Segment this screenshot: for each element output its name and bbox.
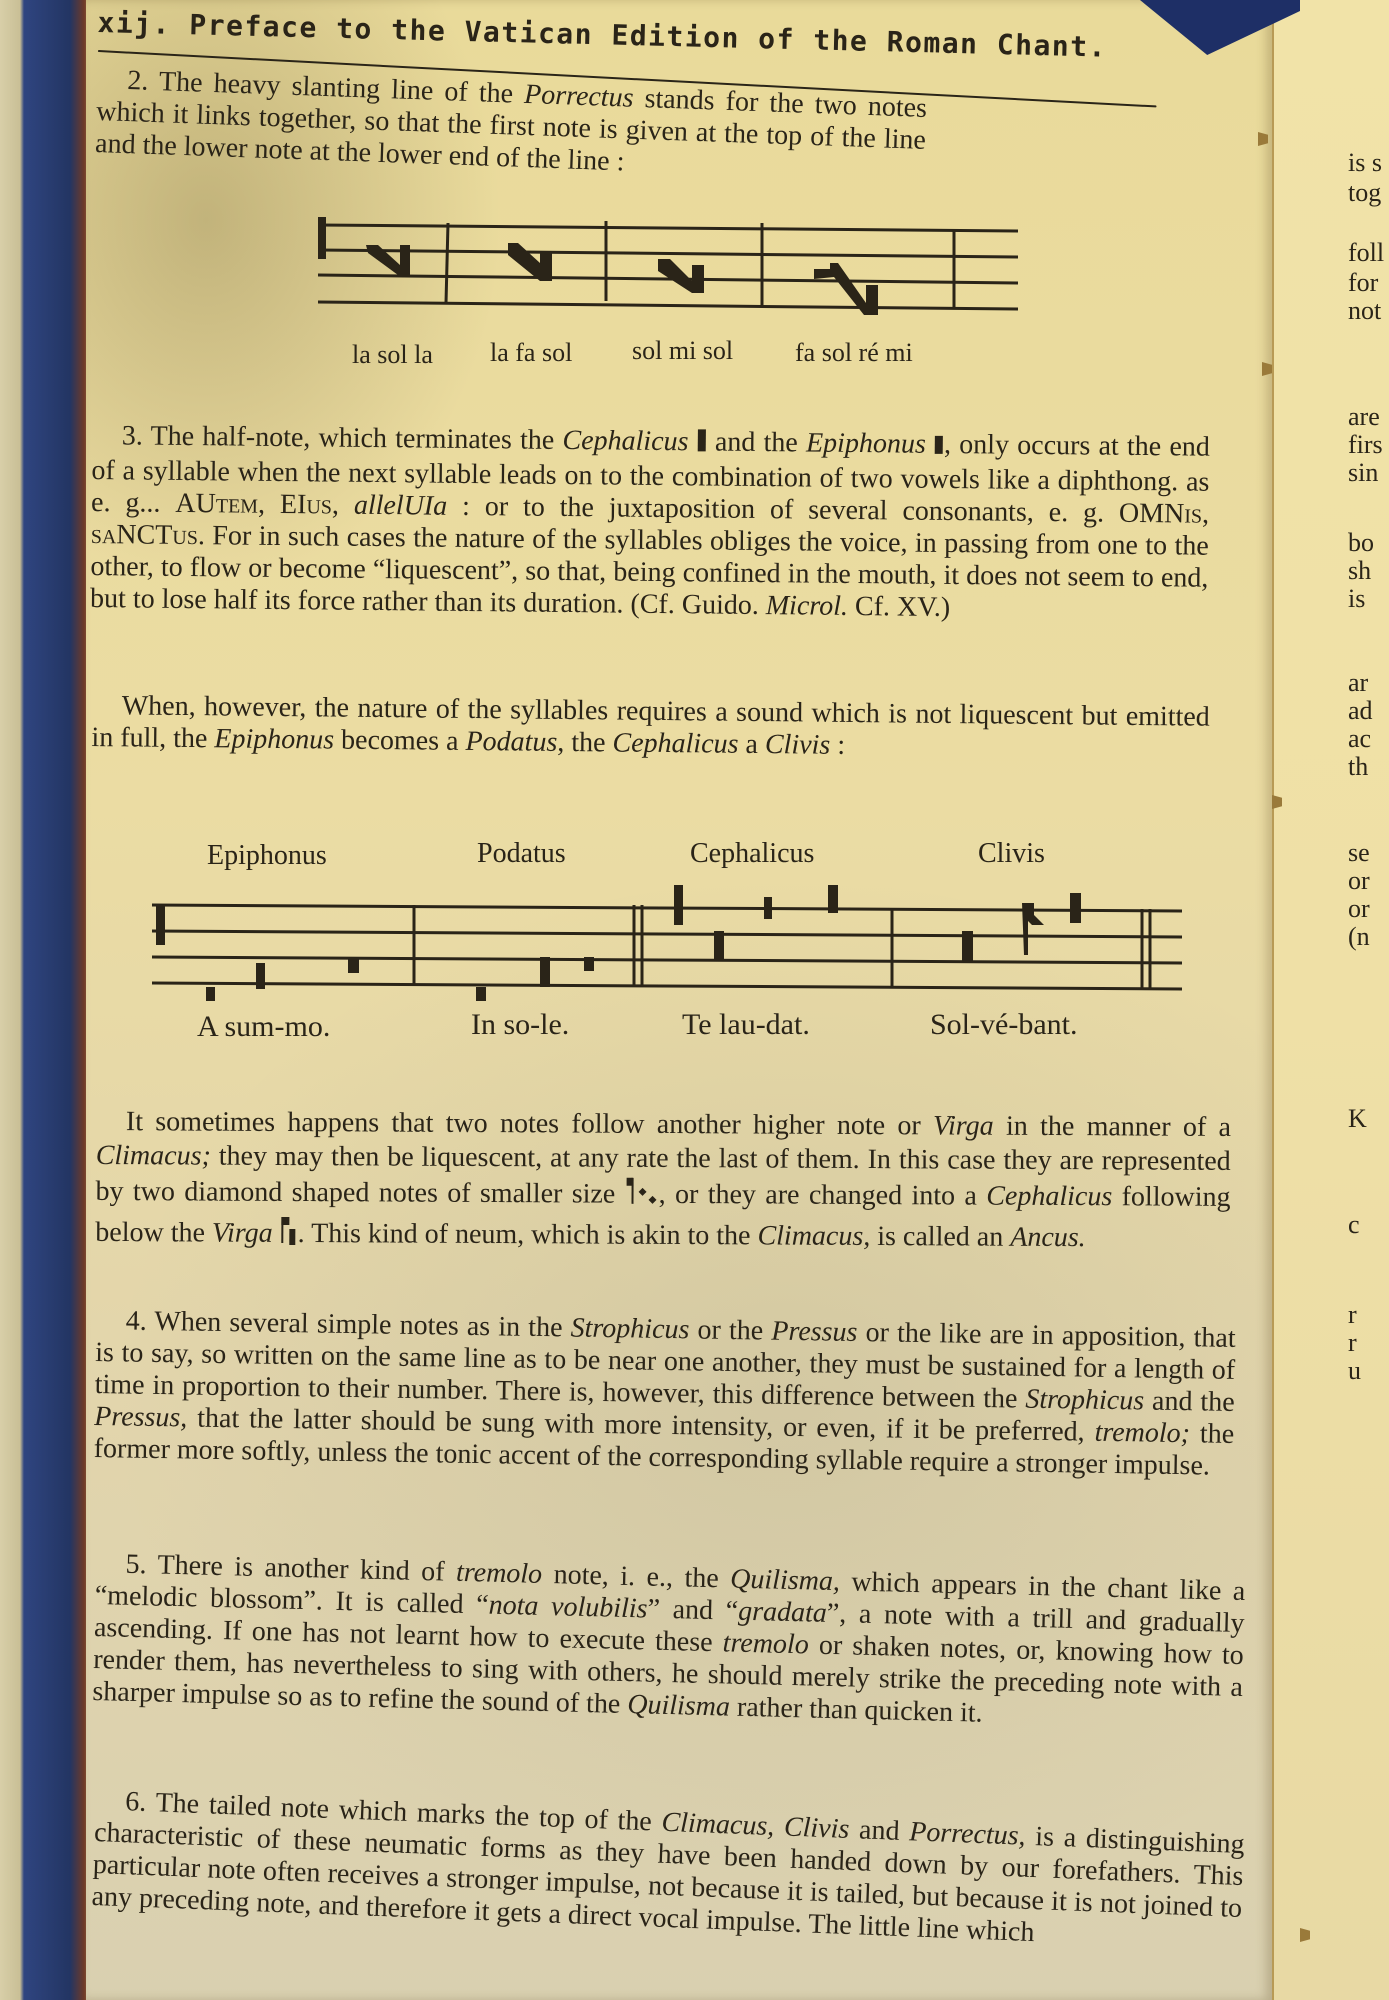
term-clivis: Clivis — [783, 1811, 849, 1844]
term-tremolo: tremolo — [722, 1627, 809, 1660]
punctum-icon — [962, 931, 973, 961]
term-ancus: Ancus. — [1010, 1222, 1086, 1253]
adjacent-fragment: firs — [1348, 430, 1383, 460]
text: and the — [715, 427, 798, 459]
text: ” and “ — [647, 1593, 738, 1626]
do-clef-icon — [156, 905, 165, 945]
term-climacus: Climacus, — [661, 1807, 775, 1842]
term-cephalicus: Cephalicus — [612, 727, 738, 759]
term-epiphonus: Epiphonus — [806, 427, 926, 459]
term-porrectus: Porrectus, — [909, 1816, 1026, 1851]
virga-with-diamonds-icon — [625, 1176, 659, 1217]
text: note, i. e., the — [553, 1559, 719, 1594]
label-epiphonus: Epiphonus — [207, 840, 327, 872]
punctum-icon — [1070, 893, 1081, 923]
term-strophicus: Strophicus — [1025, 1384, 1144, 1417]
text: becomes a — [341, 725, 459, 757]
text: rather than quicken it. — [737, 1692, 983, 1729]
adjacent-fragment: is — [1348, 584, 1365, 614]
text: in the manner of a — [1006, 1111, 1231, 1143]
adjacent-fragment: r — [1348, 1300, 1357, 1330]
page-number: xij. — [97, 6, 171, 41]
section-number: 3. — [122, 420, 143, 451]
term-cephalicus: Cephalicus — [562, 425, 688, 457]
punctum-icon — [206, 987, 215, 1001]
example-word: OMNis, — [1119, 497, 1209, 529]
syllable-3: sol mi sol — [632, 336, 733, 366]
adjacent-fragment: or — [1348, 866, 1370, 896]
text: a — [745, 729, 758, 760]
text: When several simple notes as in the — [154, 1306, 563, 1343]
syllable-1: la sol la — [352, 340, 433, 370]
term-cephalicus: Cephalicus — [986, 1181, 1112, 1213]
adjacent-fragment: ac — [1348, 724, 1371, 754]
adjacent-fragment: se — [1348, 838, 1370, 868]
adjacent-fragment: for — [1348, 268, 1378, 298]
porrectus-staff — [318, 205, 1018, 330]
section-number: 5. — [125, 1549, 147, 1581]
adjacent-fragment: ad — [1348, 696, 1373, 726]
porrectus-neume-icon — [658, 259, 704, 293]
section-3-paragraph: 3. The half-note, which terminates the C… — [90, 420, 1210, 626]
section-number: 2. — [127, 65, 149, 97]
example-word: allelUIa — [354, 489, 448, 521]
adjacent-fragment: sin — [1348, 458, 1378, 488]
term-quilisma: Quilisma, — [730, 1564, 840, 1598]
lyric-4: Sol-vé-bant. — [930, 1008, 1077, 1042]
cephalicus-neume-icon — [764, 897, 772, 919]
adjacent-fragment: bo — [1348, 528, 1374, 558]
lyric-3: Te lau-dat. — [682, 1008, 810, 1042]
label-podatus: Podatus — [477, 838, 566, 870]
adjacent-fragment: sh — [1348, 556, 1371, 586]
text: Cf. XV.) — [855, 591, 950, 623]
syllable-4: fa sol ré mi — [795, 338, 913, 368]
term-virga: Virga — [212, 1218, 273, 1249]
citation-title: Microl. — [766, 590, 848, 622]
adjacent-fragment: u — [1348, 1356, 1361, 1386]
term-tremolo: tremolo; — [1094, 1417, 1190, 1449]
term-pressus: Pressus, — [94, 1401, 188, 1433]
term-quilisma: Quilisma — [627, 1689, 730, 1722]
example-word: EIus, — [280, 489, 339, 521]
punctum-icon — [828, 885, 838, 913]
label-cephalicus: Cephalicus — [690, 838, 814, 870]
text: is called an — [877, 1221, 1003, 1253]
adjacent-fragment: c — [1348, 1210, 1360, 1240]
podatus-neume-icon — [540, 957, 550, 987]
section-3b-paragraph: When, however, the nature of the syllabl… — [91, 690, 1210, 766]
punctum-icon — [584, 957, 594, 971]
cephalicus-glyph-icon — [697, 427, 707, 461]
text: and — [859, 1814, 901, 1847]
text: . This kind of neum, which is akin to th… — [298, 1218, 751, 1251]
text: It sometimes happens that two notes foll… — [126, 1106, 921, 1141]
term-clivis: Clivis — [765, 729, 831, 761]
adjacent-fragment: are — [1348, 402, 1380, 432]
example-word: AUtem, — [175, 487, 265, 519]
epiphonus-neume-icon — [256, 963, 265, 989]
term-podatus: Podatus — [465, 726, 557, 758]
adjacent-fragment: (n — [1348, 922, 1370, 952]
label-clivis: Clivis — [978, 838, 1045, 870]
section-4-paragraph: 4. When several simple notes as in the S… — [93, 1305, 1235, 1483]
porrectus-neume-icon — [508, 243, 552, 281]
neume-staff — [152, 875, 1182, 1020]
chant-staff-figure — [318, 205, 1018, 325]
book-cover-edge — [0, 0, 92, 2000]
punctum-icon — [348, 959, 359, 973]
text: , or they are changed into a — [659, 1179, 977, 1212]
section-number: 6. — [125, 1786, 147, 1818]
text: , the — [557, 727, 606, 759]
section-number: 4. — [126, 1305, 147, 1336]
cephalicus-neume-icon — [714, 931, 724, 961]
do-clef-icon — [318, 217, 326, 259]
section-5-paragraph: 5. There is another kind of tremolo note… — [92, 1548, 1246, 1736]
text: The half-note, which terminates the — [150, 421, 554, 456]
term-nota-volubilis: nota volubilis — [488, 1590, 648, 1625]
adjacent-fragment: ar — [1348, 668, 1368, 698]
syllable-2: la fa sol — [490, 338, 572, 368]
text: For in such cases the nature of the syll… — [90, 520, 1209, 621]
adjacent-fragment: K — [1348, 1104, 1367, 1134]
lyric-2: In so-le. — [471, 1008, 569, 1042]
chant-staff-figure — [152, 875, 1182, 1015]
virga-cephalicus-icon — [280, 1215, 298, 1256]
text: or the — [697, 1314, 763, 1346]
term-virga: Virga — [933, 1110, 994, 1141]
adjacent-fragment: r — [1348, 1328, 1357, 1358]
example-word: saNCTus. — [91, 519, 205, 551]
adjacent-fragment: or — [1348, 894, 1370, 924]
lyric-1: A sum-mo. — [197, 1010, 330, 1044]
term-porrectus: Porrectus — [524, 79, 634, 114]
term-tremolo: tremolo — [456, 1557, 543, 1590]
adjacent-fragment: is s — [1348, 148, 1382, 178]
do-clef-icon — [674, 885, 683, 925]
adjacent-fragment: foll — [1348, 238, 1384, 268]
term-epiphonus: Epiphonus — [214, 723, 334, 755]
term-climacus: Climacus, — [757, 1220, 870, 1252]
adjacent-fragment: th — [1348, 752, 1368, 782]
term-pressus: Pressus — [771, 1316, 858, 1348]
adjacent-fragment: tog — [1348, 178, 1381, 208]
term-gradata: gradata — [738, 1596, 827, 1629]
punctum-icon — [476, 987, 486, 1001]
adjacent-fragment: not — [1348, 296, 1381, 326]
ancus-paragraph: It sometimes happens that two notes foll… — [95, 1105, 1231, 1261]
text: : — [837, 730, 845, 761]
text: and the — [1152, 1386, 1235, 1418]
term-climacus: Climacus; — [96, 1140, 211, 1172]
term-strophicus: Strophicus — [570, 1312, 689, 1345]
